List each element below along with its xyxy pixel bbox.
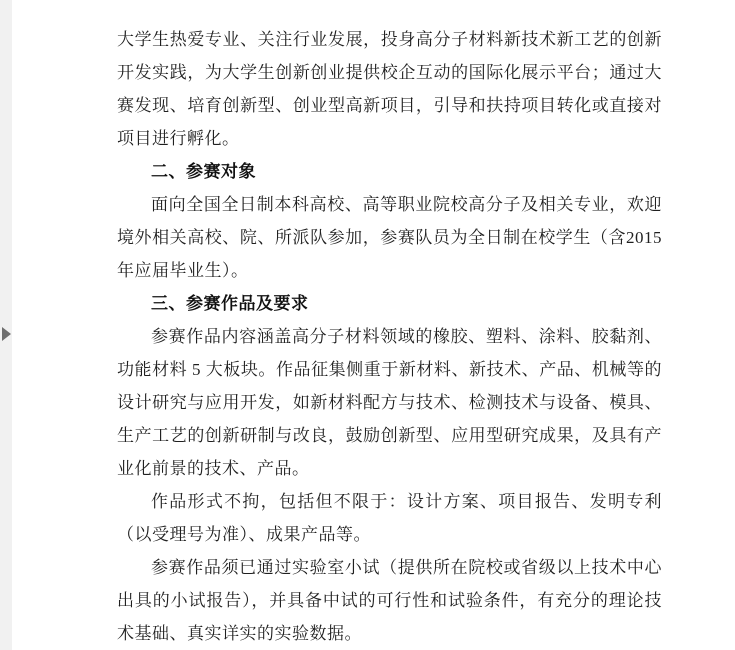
section-heading-entries-requirements: 三、参赛作品及要求 (117, 287, 662, 320)
paragraph-participants: 面向全国全日制本科高校、高等职业院校高分子及相关专业，欢迎境外相关高校、院、所派… (117, 188, 662, 287)
paragraph-entry-forms: 作品形式不拘，包括但不限于：设计方案、项目报告、发明专利（以受理号为准）、成果产… (117, 485, 662, 551)
document-page: 大学生热爱专业、关注行业发展，投身高分子材料新技术新工艺的创新开发实践，为大学生… (0, 0, 735, 650)
paragraph-entry-lab-test: 参赛作品须已通过实验室小试（提供所在院校或省级以上技术中心出具的小试报告），并具… (117, 551, 662, 650)
document-body: 大学生热爱专业、关注行业发展，投身高分子材料新技术新工艺的创新开发实践，为大学生… (117, 23, 662, 650)
section-heading-participants: 二、参赛对象 (117, 155, 662, 188)
left-gutter (0, 0, 12, 650)
paragraph-entry-scope: 参赛作品内容涵盖高分子材料领域的橡胶、塑料、涂料、胶黏剂、功能材料 5 大板块。… (117, 320, 662, 485)
paragraph-intro-continued: 大学生热爱专业、关注行业发展，投身高分子材料新技术新工艺的创新开发实践，为大学生… (117, 23, 662, 155)
expand-panel-arrow-icon[interactable] (2, 327, 11, 341)
